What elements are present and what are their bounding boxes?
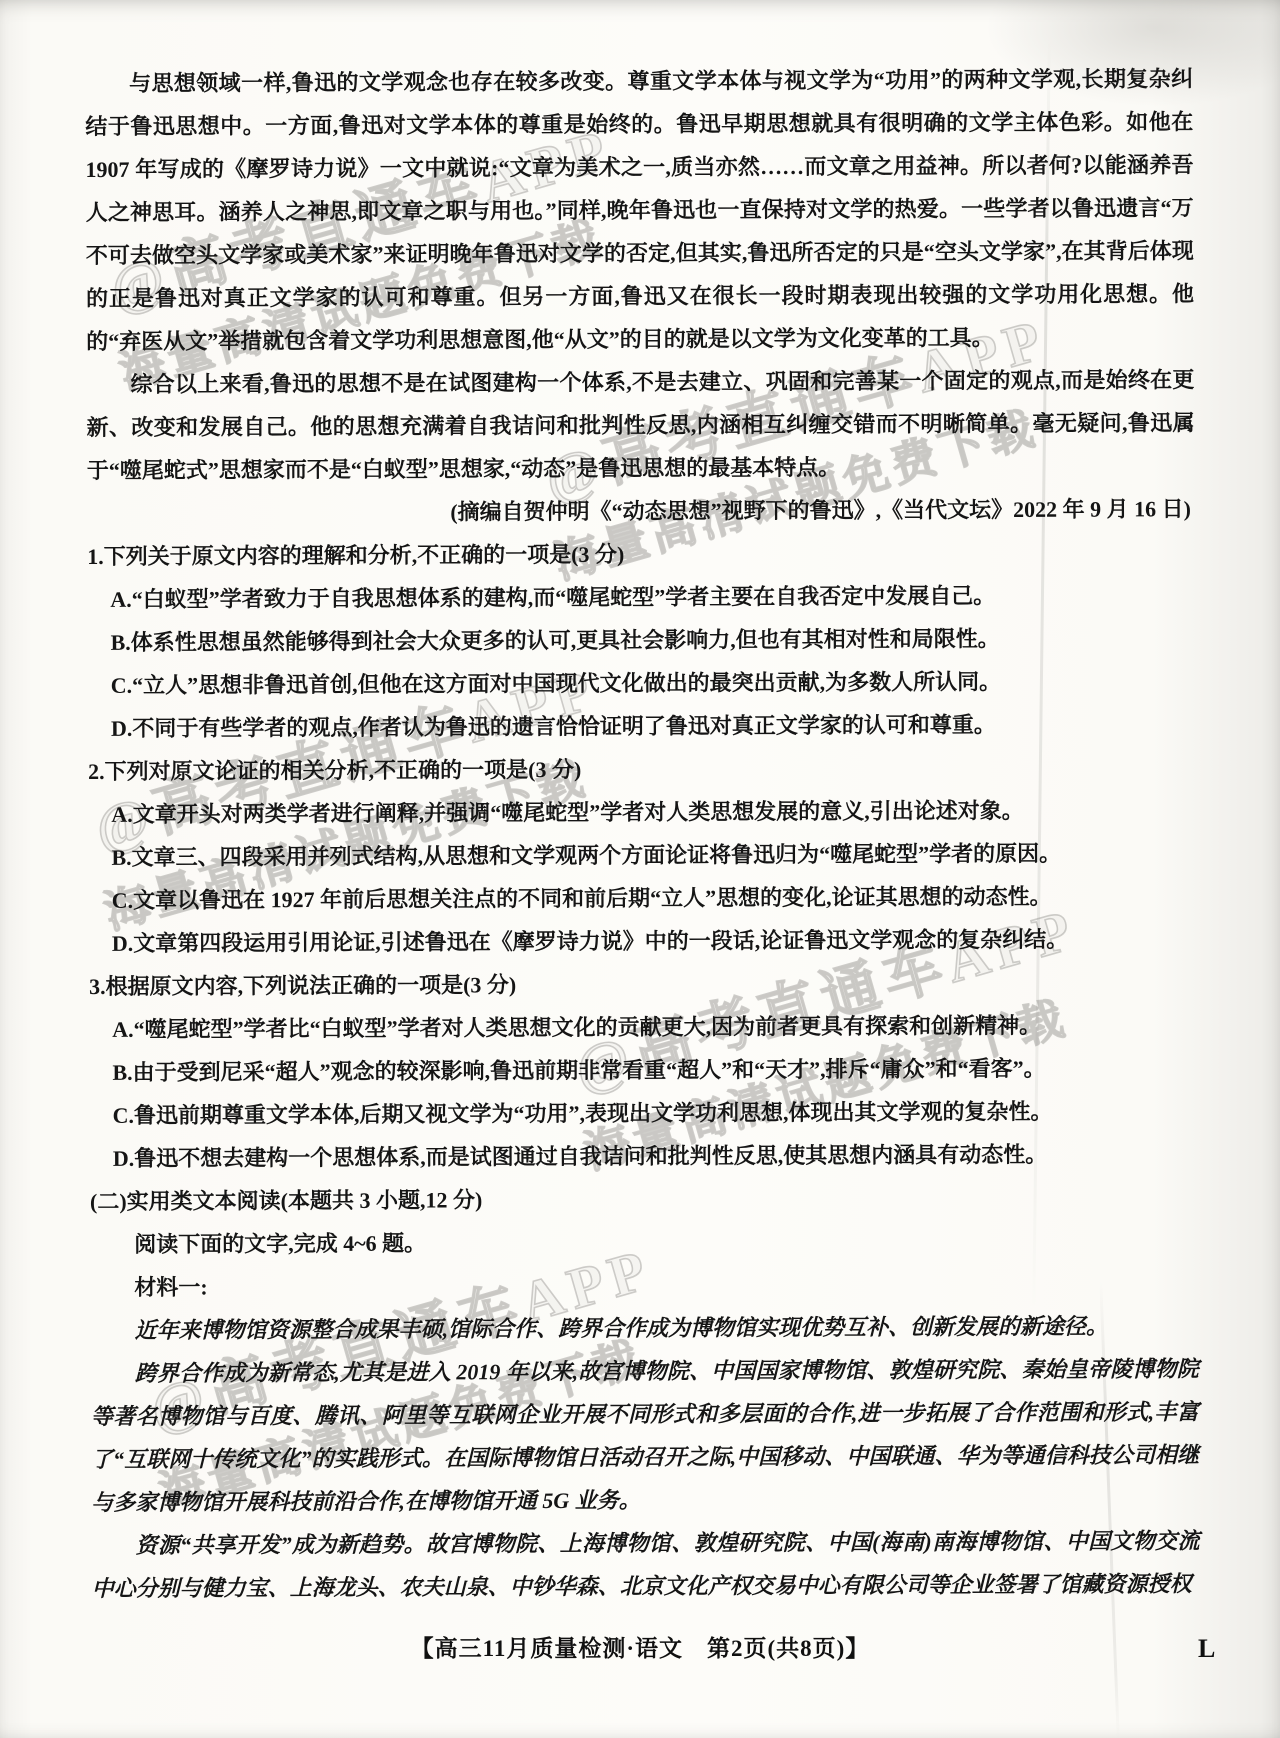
question-2-option-b: B.文章三、四段采用并列式结构,从思想和文学观两个方面论证将鲁迅归为“噬尾蛇型”… bbox=[88, 831, 1196, 879]
section-2-instruction: 阅读下面的文字,完成 4~6 题。 bbox=[90, 1218, 1198, 1266]
question-1-option-a: A.“白蚁型”学者致力于自我思想体系的建构,而“噬尾蛇型”学者主要在自我否定中发… bbox=[87, 573, 1195, 621]
source-attribution: (摘编自贺仲明《“动态思想”视野下的鲁迅》,《当代文坛》2022 年 9 月 1… bbox=[87, 487, 1195, 535]
question-1-stem: 1.下列关于原文内容的理解和分析,不正确的一项是(3 分) bbox=[87, 530, 1195, 578]
question-2-option-d: D.文章第四段运用引用论证,引述鲁迅在《摩罗诗力说》中的一段话,论证鲁迅文学观念… bbox=[89, 917, 1197, 965]
question-1-option-b: B.体系性思想虽然能够得到社会大众更多的认可,更具社会影响力,但也有其相对性和局… bbox=[87, 616, 1195, 664]
corner-mark: L bbox=[1198, 1634, 1215, 1664]
question-2-stem: 2.下列对原文论证的相关分析,不正确的一项是(3 分) bbox=[88, 745, 1196, 793]
question-3-option-c: C.鲁迅前期尊重文学本体,后期又视文学为“功用”,表现出文学功利思想,体现出其文… bbox=[90, 1089, 1198, 1137]
material-paragraph: 资源“共享开发”成为新趋势。故宫博物院、上海博物馆、敦煌研究院、中国(海南)南海… bbox=[91, 1519, 1199, 1610]
article-paragraph: 综合以上来看,鲁迅的思想不是在试图建构一个体系,不是去建立、巩固和完善某一个固定… bbox=[86, 358, 1195, 492]
question-3-option-a: A.“噬尾蛇型”学者比“白蚁型”学者对人类思想文化的贡献更大,因为前者更具有探索… bbox=[89, 1003, 1197, 1051]
question-2-option-c: C.文章以鲁迅在 1927 年前后思想关注点的不同和前后期“立人”思想的变化,论… bbox=[89, 874, 1197, 922]
question-3-stem: 3.根据原文内容,下列说法正确的一项是(3 分) bbox=[89, 960, 1197, 1008]
page-footer: 【高三11月质量检测·语文 第2页(共8页)】 bbox=[0, 1630, 1280, 1663]
material-paragraph: 跨界合作成为新常态,尤其是进入 2019 年以来,故宫博物院、中国国家博物馆、敦… bbox=[91, 1347, 1200, 1524]
page-content: 与思想领域一样,鲁迅的文学观念也存在较多改变。尊重文学本体与视文学为“功用”的两… bbox=[85, 57, 1200, 1610]
exam-page-scan: @高考直通车APP 海量高清试题免费下载 @高考直通车APP 海量高清试题免费下… bbox=[0, 0, 1280, 1738]
question-3-option-d: D.鲁迅不想去建构一个思想体系,而是试图通过自我诘问和批判性反思,使其思想内涵具… bbox=[90, 1132, 1198, 1180]
section-2-heading: (二)实用类文本阅读(本题共 3 小题,12 分) bbox=[90, 1175, 1198, 1223]
question-1-option-d: D.不同于有些学者的观点,作者认为鲁迅的遗言恰恰证明了鲁迅对真正文学家的认可和尊… bbox=[88, 702, 1196, 750]
material-paragraph: 近年来博物馆资源整合成果丰硕,馆际合作、跨界合作成为博物馆实现优势互补、创新发展… bbox=[90, 1304, 1198, 1352]
question-2-option-a: A.文章开头对两类学者进行阐释,并强调“噬尾蛇型”学者对人类思想发展的意义,引出… bbox=[88, 788, 1196, 836]
question-1-option-c: C.“立人”思想非鲁迅首创,但他在这方面对中国现代文化做出的最突出贡献,为多数人… bbox=[88, 659, 1196, 707]
question-3-option-b: B.由于受到尼采“超人”观念的较深影响,鲁迅前期非常看重“超人”和“天才”,排斥… bbox=[89, 1046, 1197, 1094]
article-paragraph: 与思想领域一样,鲁迅的文学观念也存在较多改变。尊重文学本体与视文学为“功用”的两… bbox=[85, 57, 1194, 363]
material-1-label: 材料一: bbox=[90, 1261, 1198, 1309]
